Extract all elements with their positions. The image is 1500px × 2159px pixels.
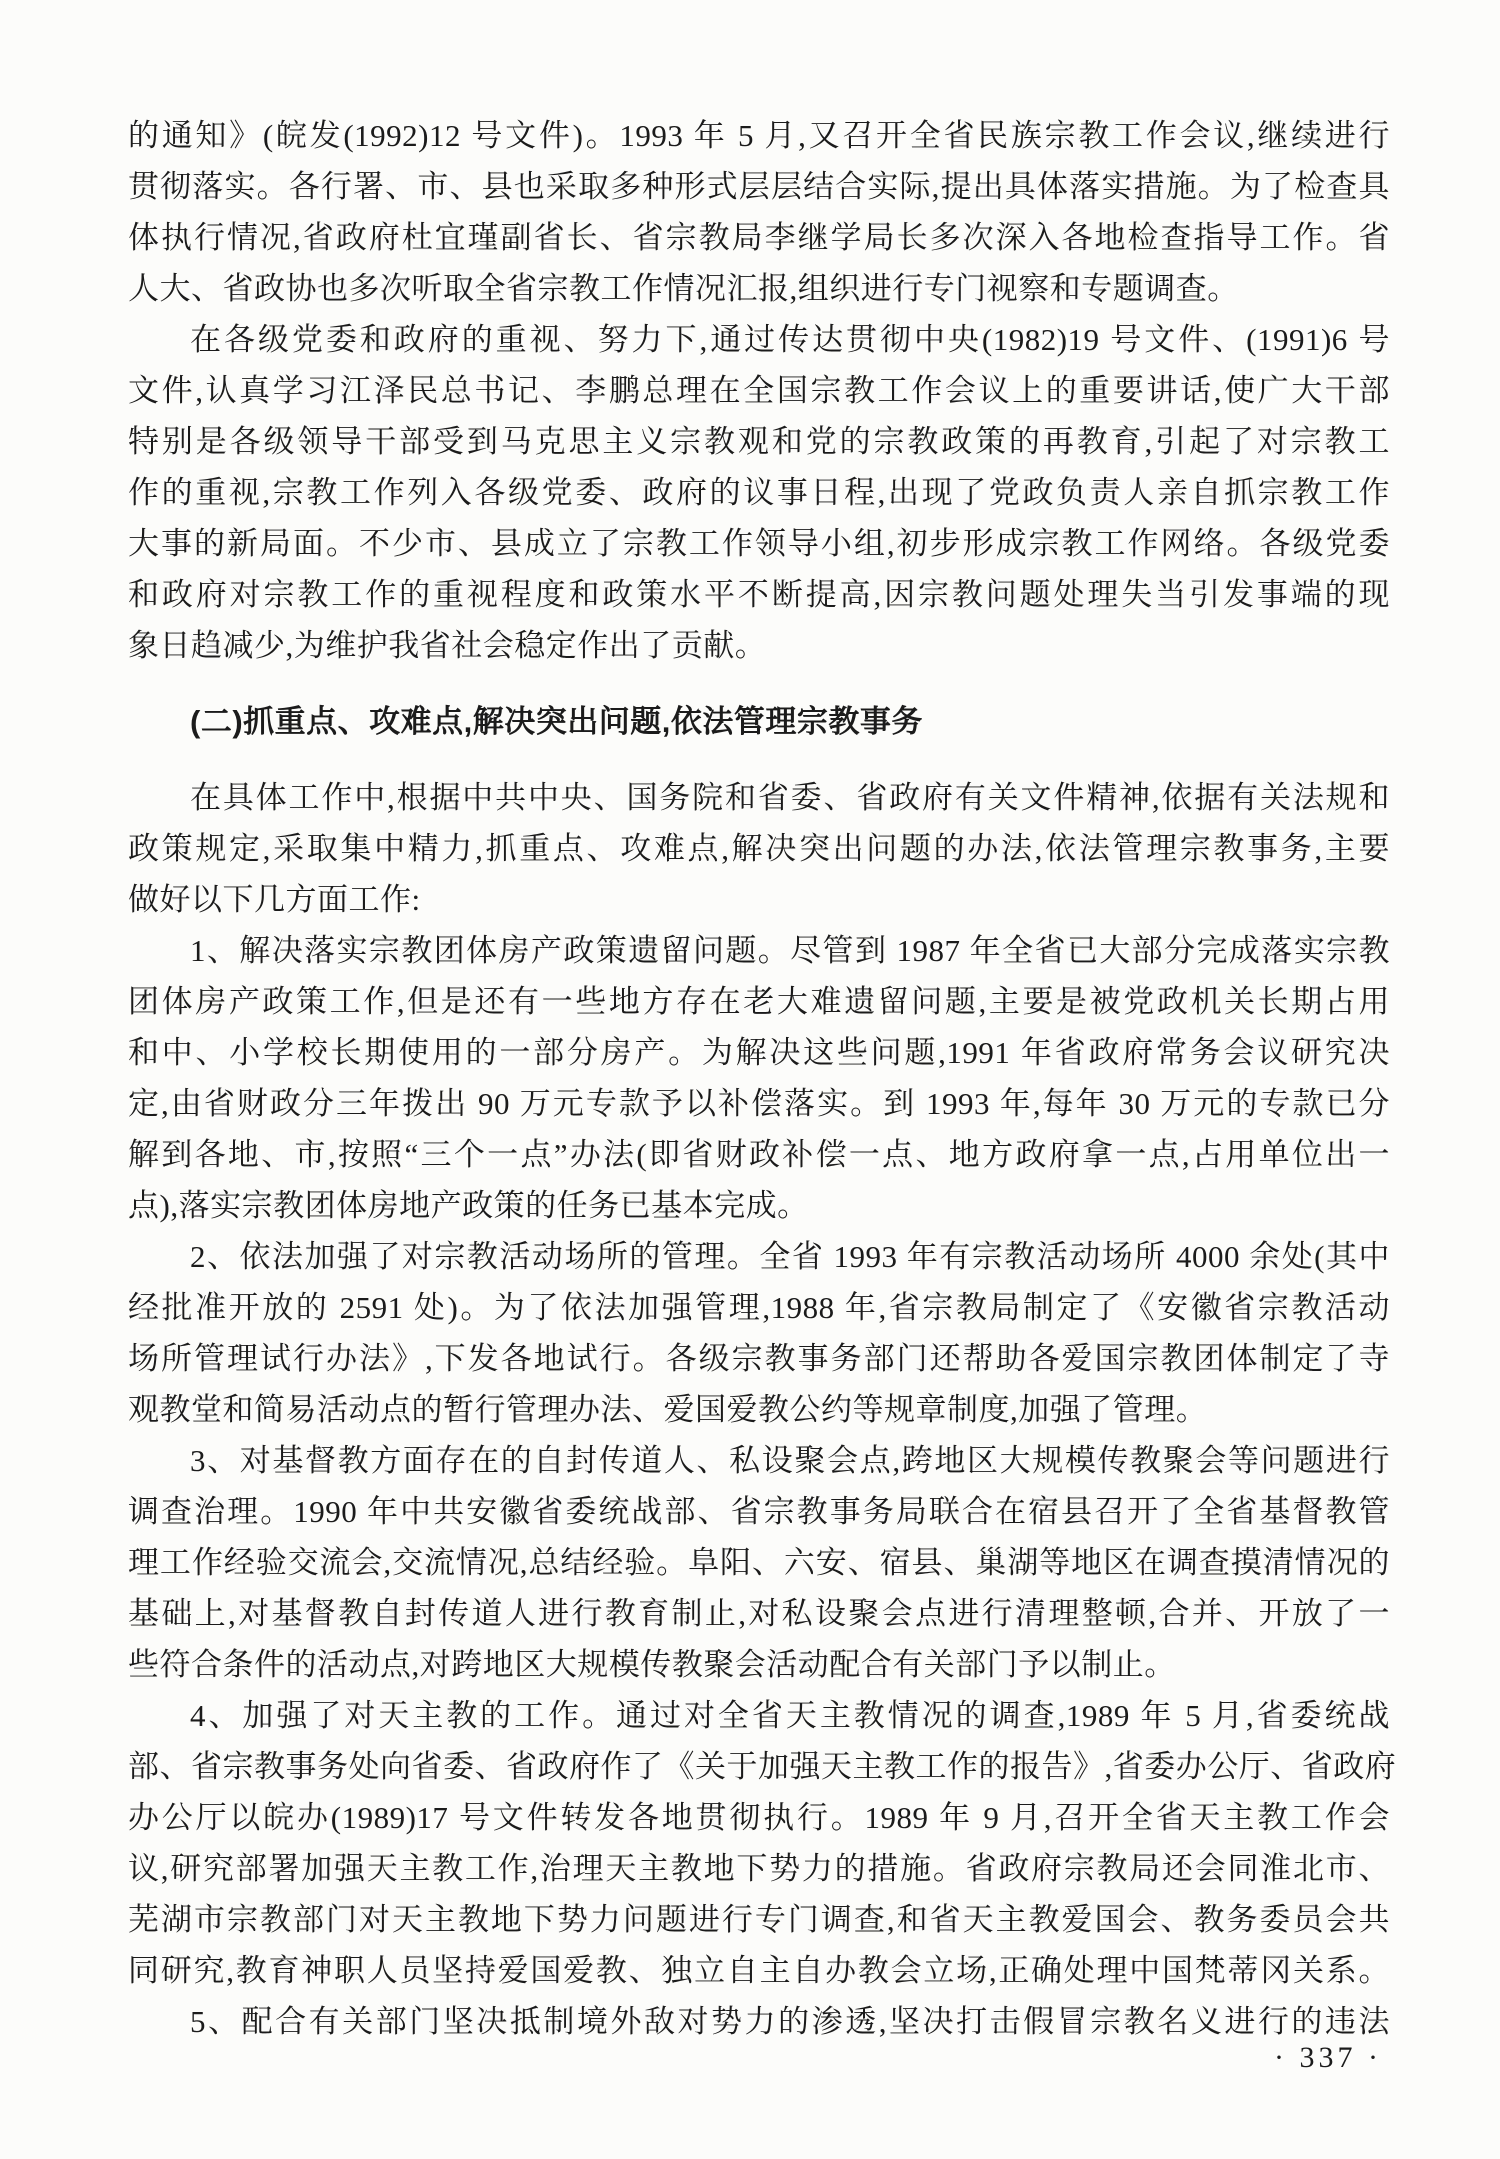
text-line: 1、解决落实宗教团体房产政策遗留问题。尽管到 1987 年全省已大部分完成落实宗… <box>128 925 1390 976</box>
text-line: 芜湖市宗教部门对天主教地下势力问题进行专门调查,和省天主教爱国会、教务委员会共 <box>128 1894 1390 1945</box>
text-line: 场所管理试行办法》,下发各地试行。各级宗教事务部门还帮助各爱国宗教团体制定了寺 <box>128 1333 1390 1384</box>
text-line: 特别是各级领导干部受到马克思主义宗教观和党的宗教政策的再教育,引起了对宗教工 <box>128 416 1390 467</box>
text-line: 办公厅以皖办(1989)17 号文件转发各地贯彻执行。1989 年 9 月,召开… <box>128 1792 1390 1843</box>
text-line: 定,由省财政分三年拨出 90 万元专款予以补偿落实。到 1993 年,每年 30… <box>128 1078 1390 1129</box>
text-line: 点),落实宗教团体房地产政策的任务已基本完成。 <box>128 1180 1390 1231</box>
text-line: 4、加强了对天主教的工作。通过对全省天主教情况的调查,1989 年 5 月,省委… <box>128 1690 1390 1741</box>
text-line: 象日趋减少,为维护我省社会稳定作出了贡献。 <box>128 620 1390 671</box>
scanned-document-page: 的通知》(皖发(1992)12 号文件)。1993 年 5 月,又召开全省民族宗… <box>0 0 1500 2159</box>
text-line: 2、依法加强了对宗教活动场所的管理。全省 1993 年有宗教活动场所 4000 … <box>128 1231 1390 1282</box>
text-line: 人大、省政协也多次听取全省宗教工作情况汇报,组织进行专门视察和专题调查。 <box>128 263 1390 314</box>
text-line: 观教堂和简易活动点的暂行管理办法、爱国爱教公约等规章制度,加强了管理。 <box>128 1384 1390 1435</box>
text-line: 同研究,教育神职人员坚持爱国爱教、独立自主自办教会立场,正确处理中国梵蒂冈关系。 <box>128 1945 1390 1996</box>
text-line: 作的重视,宗教工作列入各级党委、政府的议事日程,出现了党政负责人亲自抓宗教工作 <box>128 467 1390 518</box>
text-line: 和政府对宗教工作的重视程度和政策水平不断提高,因宗教问题处理失当引发事端的现 <box>128 569 1390 620</box>
text-line: 部、省宗教事务处向省委、省政府作了《关于加强天主教工作的报告》,省委办公厅、省政… <box>128 1741 1390 1792</box>
text-line: 些符合条件的活动点,对跨地区大规模传教聚会活动配合有关部门予以制止。 <box>128 1639 1390 1690</box>
text-line: 做好以下几方面工作: <box>128 874 1390 925</box>
text-line: 体执行情况,省政府杜宜瑾副省长、省宗教局李继学局长多次深入各地检查指导工作。省 <box>128 212 1390 263</box>
text-line: 在各级党委和政府的重视、努力下,通过传达贯彻中央(1982)19 号文件、(19… <box>128 314 1390 365</box>
text-line: 基础上,对基督教自封传道人进行教育制止,对私设聚会点进行清理整顿,合并、开放了一 <box>128 1588 1390 1639</box>
text-line: 文件,认真学习江泽民总书记、李鹏总理在全国宗教工作会议上的重要讲话,使广大干部 <box>128 365 1390 416</box>
text-line: 的通知》(皖发(1992)12 号文件)。1993 年 5 月,又召开全省民族宗… <box>128 110 1390 161</box>
page-number-label: · 337 · <box>1274 2041 1382 2074</box>
text-line: 5、配合有关部门坚决抵制境外敌对势力的渗透,坚决打击假冒宗教名义进行的违法 <box>128 1996 1390 2047</box>
text-line: 在具体工作中,根据中共中央、国务院和省委、省政府有关文件精神,依据有关法规和 <box>128 772 1390 823</box>
text-line: 解到各地、市,按照“三个一点”办法(即省财政补偿一点、地方政府拿一点,占用单位出… <box>128 1129 1390 1180</box>
text-line: 和中、小学校长期使用的一部分房产。为解决这些问题,1991 年省政府常务会议研究… <box>128 1027 1390 1078</box>
text-line: 团体房产政策工作,但是还有一些地方存在老大难遗留问题,主要是被党政机关长期占用 <box>128 976 1390 1027</box>
text-line: 议,研究部署加强天主教工作,治理天主教地下势力的措施。省政府宗教局还会同淮北市、 <box>128 1843 1390 1894</box>
text-line: 调查治理。1990 年中共安徽省委统战部、省宗教事务局联合在宿县召开了全省基督教… <box>128 1486 1390 1537</box>
page-number: · 337 · <box>1274 2038 1382 2078</box>
text-line: 理工作经验交流会,交流情况,总结经验。阜阳、六安、宿县、巢湖等地区在调查摸清情况… <box>128 1537 1390 1588</box>
section-heading: (二)抓重点、攻难点,解决突出问题,依法管理宗教事务 <box>128 696 1390 747</box>
text-line: 贯彻落实。各行署、市、县也采取多种形式层层结合实际,提出具体落实措施。为了检查具 <box>128 161 1390 212</box>
text-line: 3、对基督教方面存在的自封传道人、私设聚会点,跨地区大规模传教聚会等问题进行 <box>128 1435 1390 1486</box>
text-line: 大事的新局面。不少市、县成立了宗教工作领导小组,初步形成宗教工作网络。各级党委 <box>128 518 1390 569</box>
body-text: 的通知》(皖发(1992)12 号文件)。1993 年 5 月,又召开全省民族宗… <box>128 110 1390 2047</box>
text-line: 经批准开放的 2591 处)。为了依法加强管理,1988 年,省宗教局制定了《安… <box>128 1282 1390 1333</box>
text-line: 政策规定,采取集中精力,抓重点、攻难点,解决突出问题的办法,依法管理宗教事务,主… <box>128 823 1390 874</box>
